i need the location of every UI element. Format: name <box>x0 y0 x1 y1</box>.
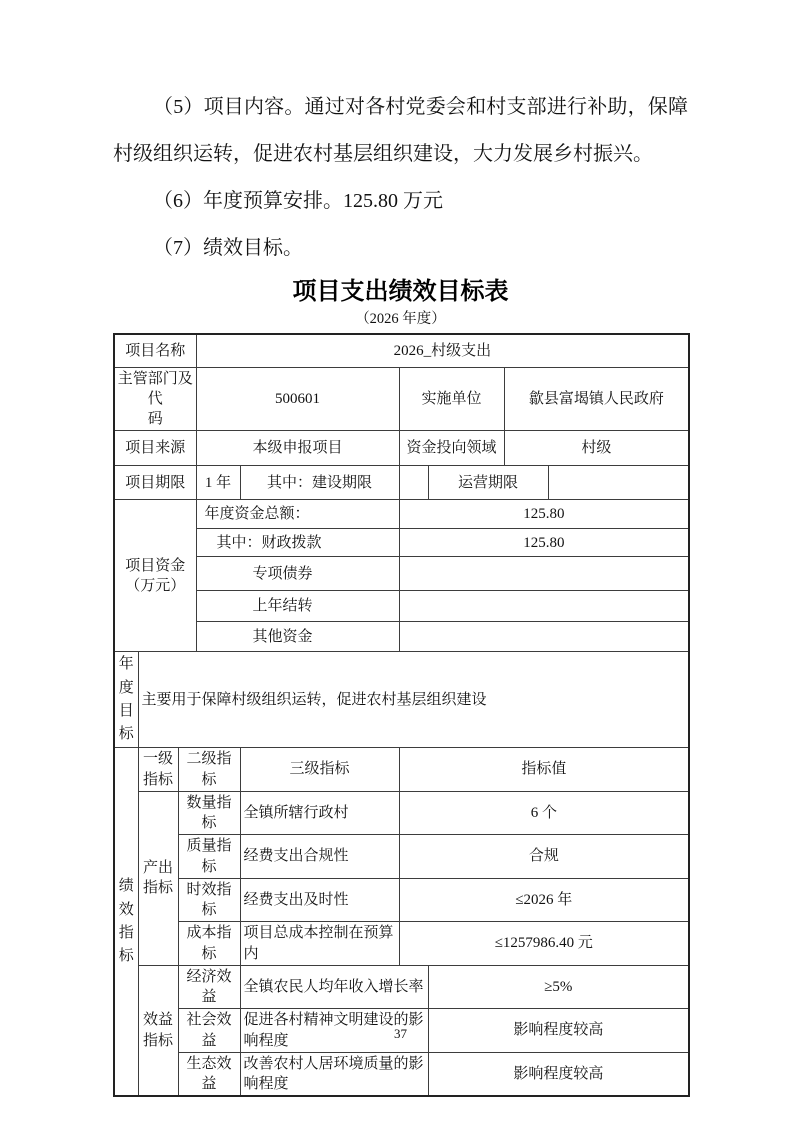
cell-output-1-level2: 质量指标 <box>178 835 240 879</box>
dept-label-line2: 码 <box>148 411 163 427</box>
cell-project-name-value: 2026_村级支出 <box>196 334 689 367</box>
cell-benefit-2-level2: 生态效益 <box>178 1052 240 1096</box>
cell-header-level3: 三级指标 <box>240 748 399 792</box>
cell-fund-total-label: 年度资金总额： <box>196 500 399 529</box>
cell-funds-label: 项目资金（万元） <box>114 500 196 652</box>
cell-output-label: 产出指标 <box>138 791 178 965</box>
cell-output-3-value: ≤1257986.40 元 <box>399 922 689 966</box>
cell-output-2-value: ≤2026 年 <box>399 878 689 922</box>
cell-fund-carryover-label: 上年结转 <box>196 591 399 622</box>
cell-build-period-value <box>399 466 428 500</box>
cell-invest-value: 村级 <box>504 431 689 466</box>
annual-goal-vertical-label: 年度目标 <box>118 653 134 746</box>
cell-invest-label: 资金投向领域 <box>399 431 504 466</box>
cell-output-2-level2: 时效指标 <box>178 878 240 922</box>
cell-output-1-value: 合规 <box>399 835 689 879</box>
cell-fund-bond-label: 专项债券 <box>196 557 399 591</box>
cell-benefit-2-value: 影响程度较高 <box>428 1052 689 1096</box>
cell-output-3-level3: 项目总成本控制在预算内 <box>240 922 399 966</box>
funds-label-line2: （万元） <box>125 578 185 594</box>
performance-target-table: 项目名称 2026_村级支出 主管部门及代码 500601 实施单位 歙县富堨镇… <box>113 333 690 1097</box>
cell-performance-section-label: 绩效指标 <box>114 748 138 1097</box>
page-number: 37 <box>113 1026 688 1042</box>
cell-dept-code: 500601 <box>196 367 399 431</box>
cell-output-2-level3: 经费支出及时性 <box>240 878 399 922</box>
cell-output-0-level3: 全镇所辖行政村 <box>240 791 399 835</box>
cell-build-period-label: 其中：建设期限 <box>240 466 399 500</box>
cell-annual-goal-content: 主要用于保障村级组织运转，促进农村基层组织建设 <box>138 652 689 748</box>
cell-annual-goal-label: 年度目标 <box>114 652 138 748</box>
cell-header-level1: 一级指标 <box>138 748 178 792</box>
cell-fund-carryover-value <box>399 591 689 622</box>
cell-benefit-0-value: ≥5% <box>428 965 689 1009</box>
cell-output-1-level3: 经费支出合规性 <box>240 835 399 879</box>
cell-output-3-level2: 成本指标 <box>178 922 240 966</box>
cell-header-value: 指标值 <box>399 748 689 792</box>
cell-fund-bond-value <box>399 557 689 591</box>
paragraph-annual-budget: （6）年度预算安排。125.80 万元 <box>113 178 688 225</box>
cell-source-value: 本级申报项目 <box>196 431 399 466</box>
paragraph-project-content: （5）项目内容。通过对各村党委会和村支部进行补助，保障村级组织运转，促进农村基层… <box>113 0 688 178</box>
cell-output-0-value: 6 个 <box>399 791 689 835</box>
cell-benefit-2-level3: 改善农村人居环境质量的影响程度 <box>240 1052 428 1096</box>
cell-source-label: 项目来源 <box>114 431 196 466</box>
cell-oper-period-label: 运营期限 <box>428 466 548 500</box>
table-title: 项目支出绩效目标表 <box>113 276 688 308</box>
dept-label-line1: 主管部门及代 <box>118 371 193 407</box>
page-content: （5）项目内容。通过对各村党委会和村支部进行补助，保障村级组织运转，促进农村基层… <box>113 0 688 1097</box>
funds-label-line1: 项目资金 <box>125 558 185 574</box>
cell-fund-other-value <box>399 622 689 652</box>
table-subtitle: （2026 年度） <box>113 311 688 328</box>
cell-output-0-level2: 数量指标 <box>178 791 240 835</box>
document-page: （5）项目内容。通过对各村党委会和村支部进行补助，保障村级组织运转，促进农村基层… <box>0 0 793 1122</box>
cell-fund-fiscal-label: 其中：财政拨款 <box>196 529 399 557</box>
cell-period-label: 项目期限 <box>114 466 196 500</box>
cell-fund-other-label: 其他资金 <box>196 622 399 652</box>
cell-oper-period-value <box>548 466 689 500</box>
cell-project-name-label: 项目名称 <box>114 334 196 367</box>
cell-benefit-0-level2: 经济效益 <box>178 965 240 1009</box>
cell-period-value: 1 年 <box>196 466 240 500</box>
cell-impl-unit-value: 歙县富堨镇人民政府 <box>504 367 689 431</box>
cell-fund-fiscal-value: 125.80 <box>399 529 689 557</box>
cell-impl-unit-label: 实施单位 <box>399 367 504 431</box>
cell-dept-label: 主管部门及代码 <box>114 367 196 431</box>
paragraph-performance-goal: （7）绩效目标。 <box>113 225 688 272</box>
cell-header-level2: 二级指标 <box>178 748 240 792</box>
performance-vertical-label: 绩效指标 <box>118 875 134 968</box>
cell-benefit-0-level3: 全镇农民人均年收入增长率 <box>240 965 428 1009</box>
cell-fund-total-value: 125.80 <box>399 500 689 529</box>
